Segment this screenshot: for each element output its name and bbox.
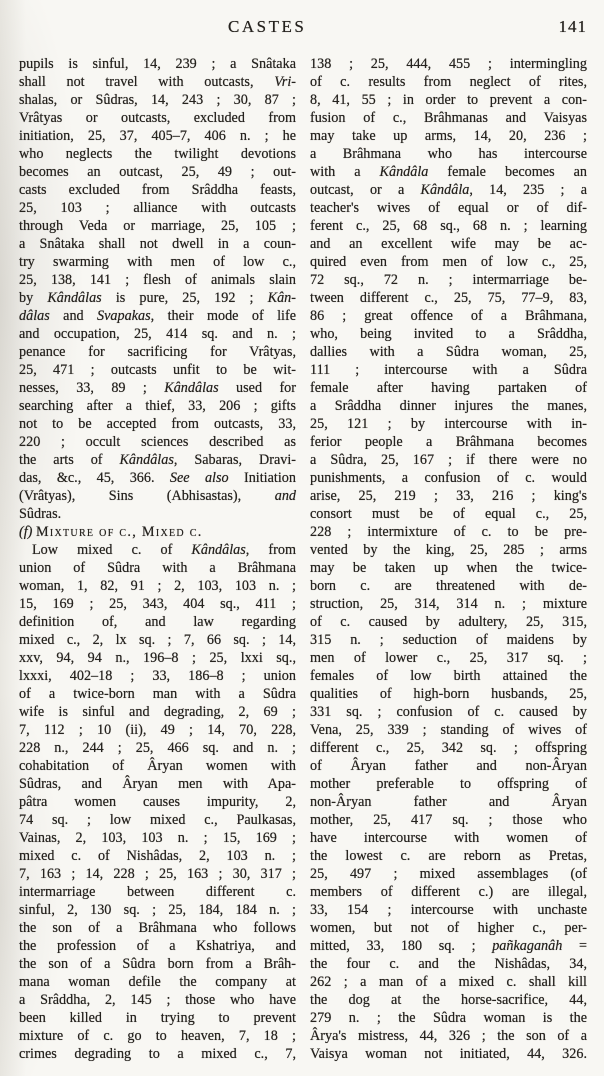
text-line: 86 ; great offence of a Brâhmana, [310, 307, 587, 325]
text-run: through Veda or marriage, 25, 105 ; [19, 218, 296, 234]
text-line: shall not travel with outcasts, Vri- [19, 73, 296, 91]
text-run: and [50, 308, 97, 324]
text-run: qualities of high-born husbands, 25, [310, 686, 587, 702]
text-line: searching after a thief, 33, 206 ; gifts [19, 397, 296, 415]
text-run: (Vrâtyas), Sins (Abhisastas), [19, 488, 275, 504]
text-run: 138 ; 25, 444, 455 ; intermingling [310, 56, 587, 72]
text-run: men of lower c., 25, 317 sq. ; [310, 650, 587, 666]
text-run: consort must be of equal c., 25, [310, 506, 587, 522]
text-run: with a [310, 164, 380, 180]
text-line: 25, 138, 141 ; flesh of animals slain [19, 271, 296, 289]
text-line: of Âryan father and non-Âryan [310, 757, 587, 775]
text-run: mixed c., 2, lx sq. ; 7, 66 sq. ; 14, [19, 632, 296, 648]
text-line: mana woman defile the company at [19, 973, 296, 991]
text-line: das, &c., 45, 366. See also Initiation [19, 469, 296, 487]
text-run: a Brâhmana who has intercourse [310, 146, 587, 162]
text-line: 15, 169 ; 25, 343, 404 sq., 411 ; [19, 595, 296, 613]
text-line: (Vrâtyas), Sins (Abhisastas), and [19, 487, 296, 505]
text-line: and occupation, 25, 414 sq. and n. ; [19, 325, 296, 343]
text-run: quired even from men of low c., 25, [310, 254, 587, 270]
text-line: struction, 25, 314, 314 n. ; mixture [310, 595, 587, 613]
text-run: of Âryan father and non-Âryan [310, 758, 587, 774]
text-run: 74 sq. ; low mixed c., Paulkasas, [19, 812, 296, 828]
text-run: a Sûdra, 25, 167 ; if there were no [310, 452, 587, 468]
text-line: have intercourse with women of [310, 829, 587, 847]
text-run: is pure, 25, 192 ; [102, 290, 268, 306]
text-line: the four c. and the Nishâdas, 34, [310, 955, 587, 973]
italic-text: Vri [274, 74, 291, 90]
text-run: 7, 163 ; 14, 228 ; 25, 163 ; 30, 317 ; [19, 866, 296, 882]
text-run: 25, 471 ; outcasts unfit to be wit- [19, 362, 296, 378]
text-line: 111 ; intercourse with a Sûdra [310, 361, 587, 379]
text-run: nesses, 33, 89 ; [19, 380, 164, 396]
text-line: crimes degrading to a mixed c., 7, [19, 1045, 296, 1063]
text-line: penance for sacrificing for Vrâtyas, [19, 343, 296, 361]
text-line: a Snâtaka shall not dwell in a coun- [19, 235, 296, 253]
text-run: female after having partaken of [310, 380, 587, 396]
text-line: men of lower c., 25, 317 sq. ; [310, 649, 587, 667]
text-run: shalas, or Sûdras, 14, 243 ; 30, 87 ; [19, 92, 296, 108]
text-run: intermarriage between different c. [19, 884, 296, 900]
text-line: sinful, 2, 130 sq. ; 25, 184, 184 n. ; [19, 901, 296, 919]
text-line: ferent c., 25, 68 sq., 68 n. ; learning [310, 217, 587, 235]
text-run: have intercourse with women of [310, 830, 587, 846]
text-run: lxxxi, 402–18 ; 33, 186–8 ; union [19, 668, 296, 684]
text-run: ferior people a Brâhmana becomes [310, 434, 587, 450]
text-run: the dog at the horse-sacrifice, 44, [310, 992, 587, 1008]
text-run: 25, 103 ; alliance with outcasts [19, 200, 296, 216]
text-line: the arts of Kândâlas, Sabaras, Dravi- [19, 451, 296, 469]
text-run: vented by the king, 25, 285 ; arms [310, 542, 587, 558]
text-line: cohabitation of Âryan women with [19, 757, 296, 775]
text-run: dallies with a Sûdra woman, 25, [310, 344, 587, 360]
text-run: Ârya's mistress, 44, 326 ; the son of a [310, 1028, 587, 1044]
text-line: non-Âryan father and Âryan [310, 793, 587, 811]
text-line: by Kândâlas is pure, 25, 192 ; Kân- [19, 289, 296, 307]
text-line: 25, 497 ; mixed assemblages (of [310, 865, 587, 883]
text-run: women, but not of higher c., per- [310, 920, 587, 936]
text-run: members of different c.) are illegal, [310, 884, 587, 900]
text-run: arise, 25, 219 ; 33, 216 ; king's [310, 488, 587, 504]
text-run: Sûdras. [19, 506, 61, 522]
text-line: outcast, or a Kândâla, 14, 235 ; a [310, 181, 587, 199]
text-run: who, being invited to a Srâddha, [310, 326, 587, 342]
text-run: 279 n. ; the Sûdra woman is the [310, 1010, 587, 1026]
text-run: outcast, or a [310, 182, 420, 198]
text-run: a Srâddha, 2, 145 ; those who have [19, 992, 296, 1008]
text-run: 331 sq. ; confusion of c. caused by [310, 704, 587, 720]
text-run: the profession of a Kshatriya, and [19, 938, 296, 954]
text-line: through Veda or marriage, 25, 105 ; [19, 217, 296, 235]
text-run: 25, 121 ; by intercourse with in- [310, 416, 587, 432]
text-line: mixed c. of Nishâdas, 2, 103 n. ; [19, 847, 296, 865]
text-line: mother, 25, 417 sq. ; those who [310, 811, 587, 829]
text-line: quired even from men of low c., 25, [310, 253, 587, 271]
text-line: mixed c., 2, lx sq. ; 7, 66 sq. ; 14, [19, 631, 296, 649]
text-line: tween different c., 25, 75, 77–9, 83, [310, 289, 587, 307]
text-line: xxv, 94, 94 n., 196–8 ; 25, lxxi sq., [19, 649, 296, 667]
text-run: used for [219, 380, 296, 396]
text-run: 25, 497 ; mixed assemblages (of [310, 866, 587, 882]
text-line: females of low birth attained the [310, 667, 587, 685]
book-page: CASTES 141 pupils is sinful, 14, 239 ; a… [0, 0, 604, 1076]
text-line: 331 sq. ; confusion of c. caused by [310, 703, 587, 721]
text-line: Vainas, 2, 103, 103 n. ; 15, 169 ; [19, 829, 296, 847]
text-line: Low mixed c. of Kândâlas, from [19, 541, 296, 559]
text-run: a Srâddha dinner injures the manes, [310, 398, 587, 414]
text-line: 25, 121 ; by intercourse with in- [310, 415, 587, 433]
text-run: , from [246, 542, 296, 558]
text-run: and occupation, 25, 414 sq. and n. ; [19, 326, 296, 342]
text-run: the son of a Brâhmana who follows [19, 920, 296, 936]
text-line: 25, 103 ; alliance with outcasts [19, 199, 296, 217]
text-run: the four c. and the Nishâdas, 34, [310, 956, 587, 972]
italic-text: and [275, 488, 296, 504]
text-line: been killed in trying to prevent [19, 1009, 296, 1027]
text-line: with a Kândâla female becomes an [310, 163, 587, 181]
text-run: Vena, 25, 339 ; standing of wives of [310, 722, 587, 738]
text-line: a Sûdra, 25, 167 ; if there were no [310, 451, 587, 469]
text-line: members of different c.) are illegal, [310, 883, 587, 901]
text-line: female after having partaken of [310, 379, 587, 397]
italic-text: Kândâla [420, 182, 469, 198]
italic-text: Svapakas [97, 308, 151, 324]
text-run: shall not travel with outcasts, [19, 74, 274, 90]
text-run: 15, 169 ; 25, 343, 404 sq., 411 ; [19, 596, 296, 612]
text-line: (f) Mixture of c., Mixed c. [19, 523, 296, 541]
text-run: = [562, 938, 587, 954]
text-run: mana woman defile the company at [19, 974, 296, 990]
text-line: of c. caused by adultery, 25, 315, [310, 613, 587, 631]
text-line: the profession of a Kshatriya, and [19, 937, 296, 955]
text-line: teacher's wives of equal or of dif- [310, 199, 587, 217]
text-line: the dog at the horse-sacrifice, 44, [310, 991, 587, 1009]
text-line: the lowest c. are reborn as Pretas, [310, 847, 587, 865]
text-run: teacher's wives of equal or of dif- [310, 200, 587, 216]
text-line: qualities of high-born husbands, 25, [310, 685, 587, 703]
text-line: becomes an outcast, 25, 49 ; out- [19, 163, 296, 181]
text-run: the lowest c. are reborn as Pretas, [310, 848, 587, 864]
text-run: woman, 1, 82, 91 ; 2, 103, 103 n. ; [19, 578, 296, 594]
italic-text: Kân [268, 290, 292, 306]
text-line: the son of a Sûdra born from a Brâh- [19, 955, 296, 973]
italic-text: (f) [19, 524, 32, 540]
text-line: Vrâtyas or outcasts, excluded from [19, 109, 296, 127]
text-line: 33, 154 ; intercourse with unchaste [310, 901, 587, 919]
text-line: dâlas and Svapakas, their mode of life [19, 307, 296, 325]
text-run: - [291, 290, 296, 306]
text-line: mitted, 33, 180 sq. ; pañkaganâh = [310, 937, 587, 955]
right-column: 138 ; 25, 444, 455 ; interminglingof c. … [310, 55, 587, 1063]
text-run: tween different c., 25, 75, 77–9, 83, [310, 290, 587, 306]
text-line: different c., 25, 342 sq. ; offspring [310, 739, 587, 757]
text-run: been killed in trying to prevent [19, 1010, 296, 1026]
text-run: Vaisya woman not initiated, 44, 326. [310, 1046, 587, 1062]
text-run: , their mode of life [151, 308, 296, 324]
text-run: mother, 25, 417 sq. ; those who [310, 812, 587, 828]
text-run: 262 ; a man of a mixed c. shall kill [310, 974, 587, 990]
text-line: arise, 25, 219 ; 33, 216 ; king's [310, 487, 587, 505]
text-run: searching after a thief, 33, 206 ; gifts [19, 398, 296, 414]
text-line: a Brâhmana who has intercourse [310, 145, 587, 163]
text-run: mitted, 33, 180 sq. ; [310, 938, 492, 954]
text-run: Vrâtyas or outcasts, excluded from [19, 110, 296, 126]
text-line: 7, 112 ; 10 (ii), 49 ; 14, 70, 228, [19, 721, 296, 739]
text-line: mixture of c. go to heaven, 7, 18 ; [19, 1027, 296, 1045]
text-line: Sûdras. [19, 505, 296, 523]
text-line: 262 ; a man of a mixed c. shall kill [310, 973, 587, 991]
text-line: the son of a Brâhmana who follows [19, 919, 296, 937]
text-run: 86 ; great offence of a Brâhmana, [310, 308, 587, 324]
text-line: shalas, or Sûdras, 14, 243 ; 30, 87 ; [19, 91, 296, 109]
text-line: pâtra women causes impurity, 2, [19, 793, 296, 811]
text-run: Sûdras, and Âryan men with Apa- [19, 776, 296, 792]
text-columns: pupils is sinful, 14, 239 ; a Snâtakasha… [19, 55, 587, 1063]
text-line: wife is sinful and degrading, 2, 69 ; [19, 703, 296, 721]
text-run: by [19, 290, 47, 306]
text-run: may take up arms, 14, 20, 236 ; [310, 128, 587, 144]
italic-text: Kândâlas [47, 290, 101, 306]
text-line: 72 sq., 72 n. ; intermarriage be- [310, 271, 587, 289]
text-line: Sûdras, and Âryan men with Apa- [19, 775, 296, 793]
text-line: 8, 41, 55 ; in order to prevent a con- [310, 91, 587, 109]
text-line: who, being invited to a Srâddha, [310, 325, 587, 343]
italic-text: Kândâlas [164, 380, 218, 396]
text-run: 111 ; intercourse with a Sûdra [310, 362, 587, 378]
text-line: 7, 163 ; 14, 228 ; 25, 163 ; 30, 317 ; [19, 865, 296, 883]
text-run: 72 sq., 72 n. ; intermarriage be- [310, 272, 587, 288]
text-line: 315 n. ; seduction of maidens by [310, 631, 587, 649]
text-run: born c. are threatened with de- [310, 578, 587, 594]
text-run: das, &c., 45, 366. [19, 470, 170, 486]
text-run: union of Sûdra with a Brâhmana [19, 560, 296, 576]
text-line: union of Sûdra with a Brâhmana [19, 559, 296, 577]
text-line: 74 sq. ; low mixed c., Paulkasas, [19, 811, 296, 829]
left-column: pupils is sinful, 14, 239 ; a Snâtakasha… [19, 55, 296, 1063]
text-line: nesses, 33, 89 ; Kândâlas used for [19, 379, 296, 397]
text-run: pâtra women causes impurity, 2, [19, 794, 296, 810]
text-run: try swarming with men of low c., [19, 254, 296, 270]
text-line: Vaisya woman not initiated, 44, 326. [310, 1045, 587, 1063]
text-run: 228 ; intermixture of c. to be pre- [310, 524, 587, 540]
text-run: mixture of c. go to heaven, 7, 18 ; [19, 1028, 296, 1044]
text-run: different c., 25, 342 sq. ; offspring [310, 740, 587, 756]
text-run: casts excluded from Srâddha feasts, [19, 182, 296, 198]
text-line: consort must be of equal c., 25, [310, 505, 587, 523]
text-line: a Srâddha, 2, 145 ; those who have [19, 991, 296, 1009]
text-line: may take up arms, 14, 20, 236 ; [310, 127, 587, 145]
text-run: punishments, a confusion of c. would [310, 470, 587, 486]
text-line: dallies with a Sûdra woman, 25, [310, 343, 587, 361]
text-run: female becomes an [428, 164, 587, 180]
text-line: who neglects the twilight devotions [19, 145, 296, 163]
text-run: the son of a Sûdra born from a Brâh- [19, 956, 296, 972]
text-run: may be taken up when the twice- [310, 560, 587, 576]
italic-text: Kândâlas [191, 542, 245, 558]
text-run: females of low birth attained the [310, 668, 587, 684]
text-run: of a twice-born man with a Sûdra [19, 686, 296, 702]
text-line: 220 ; occult sciences described as [19, 433, 296, 451]
text-line: 138 ; 25, 444, 455 ; intermingling [310, 55, 587, 73]
italic-text: pañkaganâh [492, 938, 562, 954]
text-line: casts excluded from Srâddha feasts, [19, 181, 296, 199]
running-head: CASTES [228, 17, 306, 37]
text-line: initiation, 25, 37, 405–7, 406 n. ; he [19, 127, 296, 145]
text-run: 228 n., 244 ; 25, 466 sq. and n. ; [19, 740, 296, 756]
text-run: the arts of [19, 452, 119, 468]
text-line: fusion of c., Brâhmanas and Vaisyas [310, 109, 587, 127]
text-line: 228 ; intermixture of c. to be pre- [310, 523, 587, 541]
page-header: CASTES 141 [0, 17, 604, 39]
text-run: 315 n. ; seduction of maidens by [310, 632, 587, 648]
text-line: women, but not of higher c., per- [310, 919, 587, 937]
text-run: 25, 138, 141 ; flesh of animals slain [19, 272, 296, 288]
text-line: born c. are threatened with de- [310, 577, 587, 595]
text-line: punishments, a confusion of c. would [310, 469, 587, 487]
text-line: a Srâddha dinner injures the manes, [310, 397, 587, 415]
text-run: not to be accepted from outcasts, 33, [19, 416, 296, 432]
text-line: definition of, and law regarding [19, 613, 296, 631]
text-run: xxv, 94, 94 n., 196–8 ; 25, lxxi sq., [19, 650, 296, 666]
text-line: ferior people a Brâhmana becomes [310, 433, 587, 451]
text-run: 33, 154 ; intercourse with unchaste [310, 902, 587, 918]
text-run: and an excellent wife may be ac- [310, 236, 587, 252]
text-run: wife is sinful and degrading, 2, 69 ; [19, 704, 296, 720]
text-line: woman, 1, 82, 91 ; 2, 103, 103 n. ; [19, 577, 296, 595]
text-line: Ârya's mistress, 44, 326 ; the son of a [310, 1027, 587, 1045]
text-run: who neglects the twilight devotions [19, 146, 296, 162]
text-line: pupils is sinful, 14, 239 ; a Snâtaka [19, 55, 296, 73]
text-run: 8, 41, 55 ; in order to prevent a con- [310, 92, 587, 108]
text-line: intermarriage between different c. [19, 883, 296, 901]
text-line: 25, 471 ; outcasts unfit to be wit- [19, 361, 296, 379]
text-line: 279 n. ; the Sûdra woman is the [310, 1009, 587, 1027]
text-line: mother preferable to offspring of [310, 775, 587, 793]
text-run: fusion of c., Brâhmanas and Vaisyas [310, 110, 587, 126]
smallcaps-text: Mixture of c., Mixed c. [36, 524, 203, 540]
text-run: 220 ; occult sciences described as [19, 434, 296, 450]
text-run: mixed c. of Nishâdas, 2, 103 n. ; [19, 848, 296, 864]
text-run: of c. caused by adultery, 25, 315, [310, 614, 587, 630]
text-run: crimes degrading to a mixed c., 7, [19, 1046, 296, 1062]
text-run: non-Âryan father and Âryan [310, 794, 587, 810]
text-run: cohabitation of Âryan women with [19, 758, 296, 774]
text-line: of c. results from neglect of rites, [310, 73, 587, 91]
text-run: becomes an outcast, 25, 49 ; out- [19, 164, 296, 180]
text-line: try swarming with men of low c., [19, 253, 296, 271]
text-line: not to be accepted from outcasts, 33, [19, 415, 296, 433]
text-line: may be taken up when the twice- [310, 559, 587, 577]
italic-text: See also [170, 470, 229, 486]
text-run: pupils is sinful, 14, 239 ; a Snâtaka [19, 56, 296, 72]
text-line: Vena, 25, 339 ; standing of wives of [310, 721, 587, 739]
text-line: and an excellent wife may be ac- [310, 235, 587, 253]
text-run: , Sabaras, Dravi- [174, 452, 296, 468]
text-run: , 14, 235 ; a [469, 182, 587, 198]
text-run: of c. results from neglect of rites, [310, 74, 587, 90]
italic-text: Kândâla [380, 164, 429, 180]
text-run: sinful, 2, 130 sq. ; 25, 184, 184 n. ; [19, 902, 296, 918]
text-run: a Snâtaka shall not dwell in a coun- [19, 236, 296, 252]
italic-text: Kândâlas [119, 452, 173, 468]
text-run: definition of, and law regarding [19, 614, 296, 630]
text-run: mother preferable to offspring of [310, 776, 587, 792]
italic-text: dâlas [19, 308, 50, 324]
text-run: Low mixed c. of [32, 542, 191, 558]
text-line: lxxxi, 402–18 ; 33, 186–8 ; union [19, 667, 296, 685]
text-line: of a twice-born man with a Sûdra [19, 685, 296, 703]
text-line: vented by the king, 25, 285 ; arms [310, 541, 587, 559]
text-run: initiation, 25, 37, 405–7, 406 n. ; he [19, 128, 296, 144]
page-number: 141 [559, 17, 588, 37]
text-run: ferent c., 25, 68 sq., 68 n. ; learning [310, 218, 587, 234]
text-run: 7, 112 ; 10 (ii), 49 ; 14, 70, 228, [19, 722, 296, 738]
text-run: - [291, 74, 296, 90]
text-run: struction, 25, 314, 314 n. ; mixture [310, 596, 587, 612]
text-line: 228 n., 244 ; 25, 466 sq. and n. ; [19, 739, 296, 757]
text-run: Initiation [229, 470, 296, 486]
text-run: Vainas, 2, 103, 103 n. ; 15, 169 ; [19, 830, 296, 846]
text-run: penance for sacrificing for Vrâtyas, [19, 344, 296, 360]
